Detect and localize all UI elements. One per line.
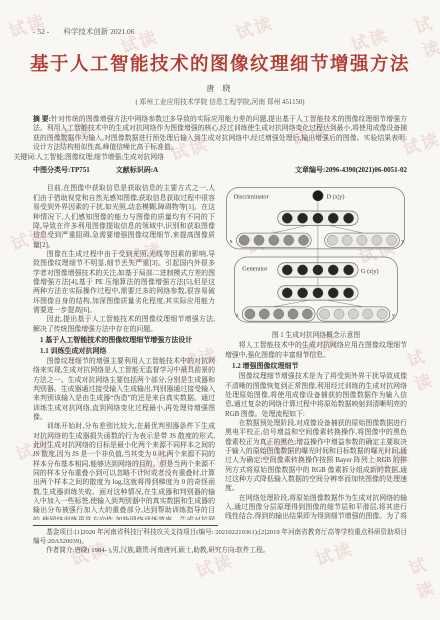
article-id-field: 文章编号:2096-4390(2021)06-0051-02	[295, 165, 407, 175]
running-head: - 52 - 科学技术创新 2021.06	[33, 26, 407, 37]
discriminator-label: Discriminator	[234, 194, 270, 201]
page-number: - 52 -	[33, 27, 49, 36]
doc-code-field: 文献标识码:A	[116, 165, 158, 175]
author-affiliation: ( 郑州工业应用技术学院 信息工程学院,河南 郑州 451150)	[0, 96, 440, 106]
generator-z-label: z	[236, 313, 239, 319]
abstract-paragraph: 摘 要:针对传统的图像增强方法中网络参数过多导致的实际应用能力差的问题,提出基于…	[33, 115, 407, 152]
discriminator-y-label: y	[401, 240, 404, 246]
d-output-label: D (x|y)	[327, 194, 345, 201]
right-column: Discriminator D (x|y) x	[225, 184, 407, 520]
body-paragraph: 在网络处理阶段,将原始图像数据作为生成对抗网络的输入,通过图像分层原理得到图像的…	[225, 494, 407, 521]
left-column: 目前,在图像中获取信息是获取信息的主要方式之一,人们由于借助视觉和自然光感知图像…	[33, 184, 215, 520]
classification-row: 中图分类号:TP751 文献标识码:A 文章编号:2096-4390(2021)…	[33, 165, 407, 175]
discriminator-x-label: x	[230, 240, 233, 246]
section-heading-1-2: 1.2 增强图像纹理细节	[225, 361, 407, 371]
paper-page: 试读试读试读试读试读试读试读试读试读试读试读试读试读试读试读试读试读试读试读试读…	[0, 0, 440, 620]
body-paragraph: 图像纹理细节的增强主要利用人工智能技术中的对抗网络来实现,生成对抗网络是人工智能…	[33, 357, 215, 422]
keywords-line: 关键词:人工智能;图像纹理;细节增强;生成对抗网络	[0, 153, 440, 162]
footnote-block: 基金项目:[1]2020 年河南省科技厅科技攻关支持项目(编号: 2021022…	[33, 528, 407, 555]
body-paragraph: 图像在生成过程中由于受到光照,光线等因素的影响,导致图像纹理细节不明显,细节丢失…	[33, 250, 215, 315]
keywords-text: 人工智能;图像纹理;细节增强;生成对抗网络	[36, 154, 164, 161]
funding-note: 基金项目:[1]2020 年河南省科技厅科技攻关支持项目(编号: 2021022…	[33, 528, 407, 546]
body-paragraph: 训练开始时,分布差别比较大,在最优判别器条件下生成对抗网络的生成器损失函数的行为…	[33, 422, 215, 520]
section-heading-1-1: 1.1 训练生成对抗网络	[33, 346, 215, 356]
generator-label: Generator	[242, 266, 268, 273]
generator-y-label: y	[392, 313, 395, 319]
abstract-label: 摘 要:	[33, 116, 51, 123]
body-paragraph: 因此,提出基于人工智能技术的图像纹理细节增强方法,解决了传统图像增强方法中存在的…	[33, 315, 215, 334]
section-heading-1: 1 基于人工智能技术的图像纹理细节增强方法设计	[33, 335, 215, 345]
abstract-text: 针对传统的图像增强方法中网络参数过多导致的实际应用能力差的问题,提出基于人工智能…	[33, 116, 407, 151]
body-paragraph: 在数据预处理阶段,对成像设备捕获的原始图像数据进行黑电平校正,信号增益和空间像素…	[225, 419, 407, 494]
journal-issue: 科学技术创新 2021.06	[63, 26, 134, 37]
gan-diagram-figure: Discriminator D (x|y) x	[225, 186, 407, 328]
body-paragraph: 图像纹理细节增强技术是为了将受到外界干扰导致成像不清晰的图像恢复到正常图像,利用…	[225, 372, 407, 419]
g-output-label: G (z|y)	[361, 268, 379, 275]
keywords-label: 关键词:	[14, 154, 36, 161]
clc-field: 中图分类号:TP751	[33, 165, 90, 175]
author-bio-note: 作者简介:唐晓( 1984- ),男,汉族,籍贯:河南唐河,硕士,助教,研究方向…	[33, 546, 407, 555]
footnote-divider	[33, 525, 218, 526]
body-columns: 目前,在图像中获取信息是获取信息的主要方式之一,人们由于借助视觉和自然光感知图像…	[33, 184, 407, 520]
body-paragraph: 目前,在图像中获取信息是获取信息的主要方式之一,人们由于借助视觉和自然光感知图像…	[33, 184, 215, 249]
author-name: 唐 晓	[0, 83, 440, 94]
body-paragraph: 将人工智能技术中的生成对抗网络应用在图像纹理细节增强中,强化图像的丰富细节信息。	[225, 341, 407, 360]
figure-caption: 图 1 生成对抗网络概念示意图	[225, 329, 407, 339]
article-title: 基于人工智能技术的图像纹理细节增强方法	[20, 50, 420, 76]
